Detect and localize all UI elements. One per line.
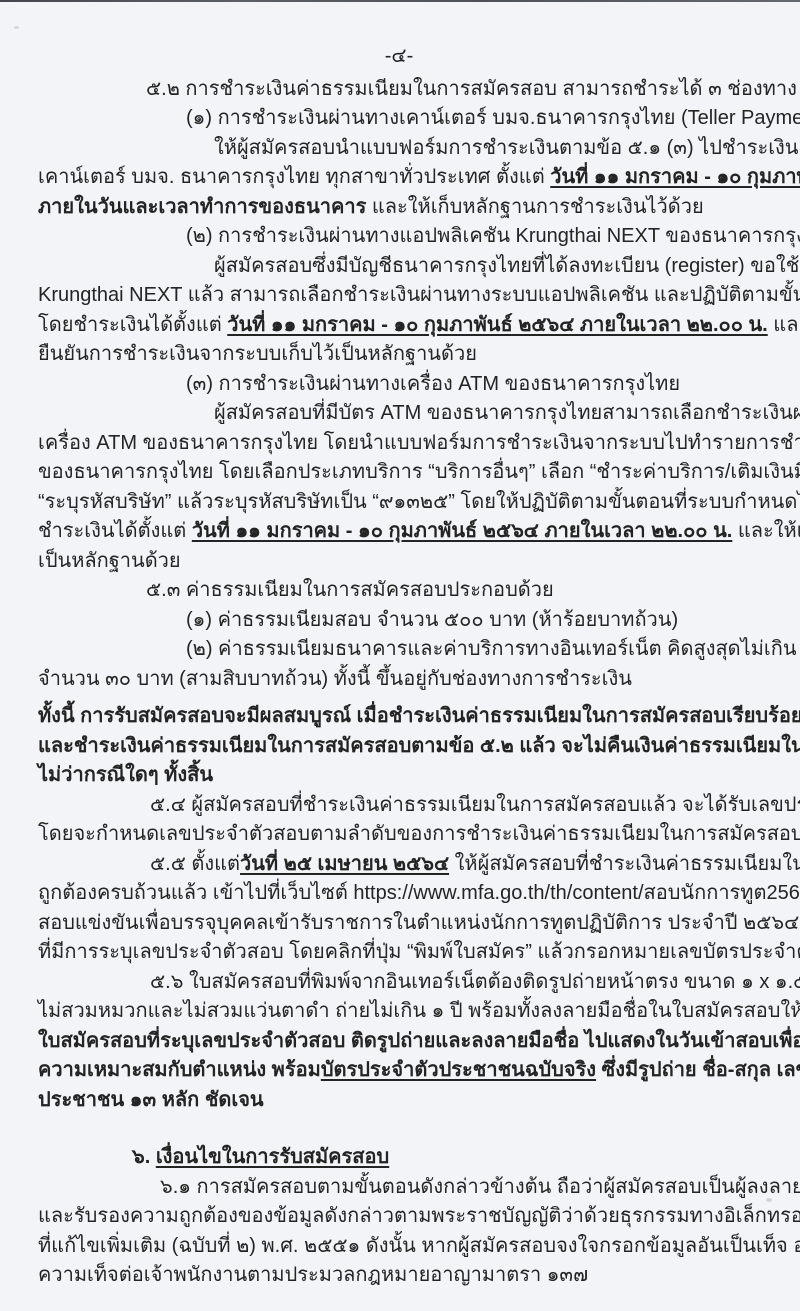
text-run: ให้ผู้สมัครสอบที่ชำระเงินค่าธรรมเนียมในก… — [449, 853, 800, 875]
text-run: และรับรองความถูกต้องของข้อมูลดังกล่าวตาม… — [38, 1205, 800, 1227]
underlined-text-run: วันที่ ๑๑ มกราคม - ๑๐ กุมภาพันธ์ ๒๕๖๔ ภา… — [227, 314, 768, 336]
text-run: (๑) ค่าธรรมเนียมสอบ จำนวน ๕๐๐ บาท (ห้าร้… — [186, 609, 678, 631]
text-run: ๕.๓ ค่าธรรมเนียมในการสมัครสอบประกอบด้วย — [146, 579, 554, 601]
document-line: ยืนยันการชำระเงินจากระบบเก็บไว้เป็นหลักฐ… — [38, 340, 760, 370]
document-line: ชำระเงินได้ตั้งแต่ วันที่ ๑๑ มกราคม - ๑๐… — [38, 517, 760, 547]
document-line: ผู้สมัครสอบที่มีบัตร ATM ของธนาคารกรุงไท… — [38, 399, 760, 429]
bold-text-run: ซึ่งมีรูปถ่าย ชื่อ-สกุล เลขประจำตัว — [596, 1059, 800, 1081]
document-line: เป็นหลักฐานด้วย — [38, 547, 760, 577]
scan-noise — [766, 1198, 772, 1202]
document-line: (๒) การชำระเงินผ่านทางแอปพลิเคชัน Krungt… — [38, 222, 760, 252]
document-line: ๕.๕ ตั้งแต่วันที่ ๒๕ เมษายน ๒๕๖๔ ให้ผู้ส… — [38, 850, 760, 880]
text-run: ๖.๑ การสมัครสอบตามขั้นตอนดังกล่าวข้างต้น… — [160, 1176, 800, 1198]
text-run: ที่แก้ไขเพิ่มเติม (ฉบับที่ ๒) พ.ศ. ๒๕๕๑ … — [38, 1235, 800, 1257]
document-line: Krungthai NEXT แล้ว สามารถเลือกชำระเงินผ… — [38, 281, 760, 311]
document-line: ใบสมัครสอบที่ระบุเลขประจำตัวสอบ ติดรูปถ่… — [38, 1027, 760, 1057]
scanner-edge-artifact — [0, 0, 800, 2]
text-run: โดยชำระเงินได้ตั้งแต่ — [38, 314, 227, 336]
document-line: ประชาชน ๑๓ หลัก ชัดเจน — [38, 1086, 760, 1116]
document-line: (๓) การชำระเงินผ่านทางเครื่อง ATM ของธนา… — [38, 370, 760, 400]
text-run: เคาน์เตอร์ บมจ. ธนาคารกรุงไทย ทุกสาขาทั่… — [38, 166, 550, 188]
underlined-text-run: บัตรประจำตัวประชาชนฉบับจริง — [321, 1059, 596, 1081]
document-line: “ระบุรหัสบริษัท” แล้วระบุรหัสบริษัทเป็น … — [38, 488, 760, 518]
document-line: ภายในวันและเวลาทำการของธนาคาร และให้เก็บ… — [38, 193, 760, 223]
document-body: -๔- ๕.๒ การชำระเงินค่าธรรมเนียมในการสมัค… — [0, 0, 800, 1291]
document-line: และรับรองความถูกต้องของข้อมูลดังกล่าวตาม… — [38, 1202, 760, 1232]
text-run: เครื่อง ATM ของธนาคารกรุงไทย โดยนำแบบฟอร… — [38, 432, 800, 454]
text-run: จำนวน ๓๐ บาท (สามสิบบาทถ้วน) ทั้งนี้ ขึ้… — [38, 668, 632, 690]
text-run: ของธนาคารกรุงไทย โดยเลือกประเภทบริการ “บ… — [38, 461, 800, 483]
bold-text-run: ใบสมัครสอบที่ระบุเลขประจำตัวสอบ ติดรูปถ่… — [38, 1030, 800, 1052]
document-line: ให้ผู้สมัครสอบนำแบบฟอร์มการชำระเงินตามข้… — [38, 134, 760, 164]
document-line: ๕.๔ ผู้สมัครสอบที่ชำระเงินค่าธรรมเนียมใน… — [38, 791, 760, 821]
document-line: ถูกต้องครบถ้วนแล้ว เข้าไปที่เว็บไซต์ htt… — [38, 879, 760, 909]
document-line: ทั้งนี้ การรับสมัครสอบจะมีผลสมบูรณ์ เมื่… — [38, 702, 760, 732]
text-run: และให้เก็บ Slip ไว้ — [732, 520, 800, 542]
text-run: “ระบุรหัสบริษัท” แล้วระบุรหัสบริษัทเป็น … — [38, 491, 800, 513]
bold-text-run: และชำระเงินค่าธรรมเนียมในการสมัครสอบตามข… — [38, 735, 800, 757]
page-number: -๔- — [38, 42, 760, 72]
text-run: โดยจะกำหนดเลขประจำตัวสอบตามลำดับของการชำ… — [38, 823, 800, 845]
bold-text-run: ภายในวันและเวลาทำการของธนาคาร — [38, 196, 366, 218]
document-line: ๖. เงื่อนไขในการรับสมัครสอบ — [38, 1143, 760, 1173]
bold-text-run: ไม่ว่ากรณีใดๆ ทั้งสิ้น — [38, 764, 213, 786]
scan-noise — [14, 26, 19, 29]
document-line: (๑) การชำระเงินผ่านทางเคาน์เตอร์ บมจ.ธนา… — [38, 104, 760, 134]
bold-text-run: ๖. — [132, 1146, 156, 1168]
scanned-document-page: { "page": { "number": "-๔-" }, "colors":… — [0, 0, 800, 1311]
underlined-text-run: วันที่ ๑๑ มกราคม - ๑๐ กุมภาพันธ์ ๒๕๖๔ ภา… — [192, 520, 733, 542]
document-line: ๕.๒ การชำระเงินค่าธรรมเนียมในการสมัครสอบ… — [38, 75, 760, 105]
text-run: ไม่สวมหมวกและไม่สวมแว่นตาดำ ถ่ายไม่เกิน … — [38, 1000, 800, 1022]
document-line: จำนวน ๓๐ บาท (สามสิบบาทถ้วน) ทั้งนี้ ขึ้… — [38, 665, 760, 695]
bold-text-run: ประชาชน ๑๓ หลัก ชัดเจน — [38, 1089, 264, 1111]
document-line: ที่มีการระบุเลขประจำตัวสอบ โดยคลิกที่ปุ่… — [38, 938, 760, 968]
document-line: ที่แก้ไขเพิ่มเติม (ฉบับที่ ๒) พ.ศ. ๒๕๕๑ … — [38, 1232, 760, 1262]
underlined-text-run: วันที่ ๑๑ มกราคม - ๑๐ กุมภาพันธ์ ๒๕๖๔ — [550, 166, 800, 188]
text-run: ๕.๖ ใบสมัครสอบที่พิมพ์จากอินเทอร์เน็ตต้อ… — [150, 971, 800, 993]
document-line: ไม่สวมหมวกและไม่สวมแว่นตาดำ ถ่ายไม่เกิน … — [38, 997, 760, 1027]
text-run: ผู้สมัครสอบที่มีบัตร ATM ของธนาคารกรุงไท… — [214, 402, 800, 424]
text-run: ผู้สมัครสอบซึ่งมีบัญชีธนาคารกรุงไทยที่ได… — [214, 255, 800, 277]
text-run: และให้พิมพ์หน้า — [768, 314, 800, 336]
document-line: โดยจะกำหนดเลขประจำตัวสอบตามลำดับของการชำ… — [38, 820, 760, 850]
text-run: (๓) การชำระเงินผ่านทางเครื่อง ATM ของธนา… — [186, 373, 680, 395]
document-line: ไม่ว่ากรณีใดๆ ทั้งสิ้น — [38, 761, 760, 791]
text-run: (๒) ค่าธรรมเนียมธนาคารและค่าบริการทางอิน… — [186, 638, 797, 660]
text-run: ถูกต้องครบถ้วนแล้ว เข้าไปที่เว็บไซต์ htt… — [38, 882, 800, 904]
bold-text-run: ความเหมาะสมกับตำแหน่ง พร้อม — [38, 1059, 321, 1081]
document-line: สอบแข่งขันเพื่อบรรจุบุคคลเข้ารับราชการใน… — [38, 909, 760, 939]
text-run: เป็นหลักฐานด้วย — [38, 550, 181, 572]
underlined-text-run: วันที่ ๒๕ เมษายน ๒๕๖๔ — [240, 853, 449, 875]
text-run: ๕.๔ ผู้สมัครสอบที่ชำระเงินค่าธรรมเนียมใน… — [150, 794, 800, 816]
text-run: ที่มีการระบุเลขประจำตัวสอบ โดยคลิกที่ปุ่… — [38, 941, 800, 963]
document-line: และชำระเงินค่าธรรมเนียมในการสมัครสอบตามข… — [38, 732, 760, 762]
text-run: ความเท็จต่อเจ้าพนักงานตามประมวลกฎหมายอาญ… — [38, 1264, 588, 1286]
text-run: ให้ผู้สมัครสอบนำแบบฟอร์มการชำระเงินตามข้… — [214, 137, 800, 159]
text-run: และให้เก็บหลักฐานการชำระเงินไว้ด้วย — [366, 196, 703, 218]
document-line: ๖.๑ การสมัครสอบตามขั้นตอนดังกล่าวข้างต้น… — [38, 1173, 760, 1203]
underlined-text-run: เงื่อนไขในการรับสมัครสอบ — [156, 1146, 389, 1168]
document-line: ของธนาคารกรุงไทย โดยเลือกประเภทบริการ “บ… — [38, 458, 760, 488]
text-run: (๒) การชำระเงินผ่านทางแอปพลิเคชัน Krungt… — [186, 225, 800, 247]
text-run: (๑) การชำระเงินผ่านทางเคาน์เตอร์ บมจ.ธนา… — [186, 107, 800, 129]
document-line: เครื่อง ATM ของธนาคารกรุงไทย โดยนำแบบฟอร… — [38, 429, 760, 459]
document-line: เคาน์เตอร์ บมจ. ธนาคารกรุงไทย ทุกสาขาทั่… — [38, 163, 760, 193]
document-line: ๕.๓ ค่าธรรมเนียมในการสมัครสอบประกอบด้วย — [38, 576, 760, 606]
document-line: ๕.๖ ใบสมัครสอบที่พิมพ์จากอินเทอร์เน็ตต้อ… — [38, 968, 760, 998]
text-run: ยืนยันการชำระเงินจากระบบเก็บไว้เป็นหลักฐ… — [38, 343, 477, 365]
bold-text-run: ทั้งนี้ การรับสมัครสอบจะมีผลสมบูรณ์ เมื่… — [38, 705, 800, 727]
document-line: โดยชำระเงินได้ตั้งแต่ วันที่ ๑๑ มกราคม -… — [38, 311, 760, 341]
text-run: ชำระเงินได้ตั้งแต่ — [38, 520, 192, 542]
document-line: (๒) ค่าธรรมเนียมธนาคารและค่าบริการทางอิน… — [38, 635, 760, 665]
document-line: ความเท็จต่อเจ้าพนักงานตามประมวลกฎหมายอาญ… — [38, 1261, 760, 1291]
text-run: ๕.๕ ตั้งแต่ — [150, 853, 240, 875]
text-run: Krungthai NEXT แล้ว สามารถเลือกชำระเงินผ… — [38, 284, 800, 306]
text-run: ๕.๒ การชำระเงินค่าธรรมเนียมในการสมัครสอบ… — [146, 78, 800, 100]
document-line: ผู้สมัครสอบซึ่งมีบัญชีธนาคารกรุงไทยที่ได… — [38, 252, 760, 282]
document-line: ความเหมาะสมกับตำแหน่ง พร้อมบัตรประจำตัวป… — [38, 1056, 760, 1086]
text-run: สอบแข่งขันเพื่อบรรจุบุคคลเข้ารับราชการใน… — [38, 912, 800, 934]
document-line: (๑) ค่าธรรมเนียมสอบ จำนวน ๕๐๐ บาท (ห้าร้… — [38, 606, 760, 636]
